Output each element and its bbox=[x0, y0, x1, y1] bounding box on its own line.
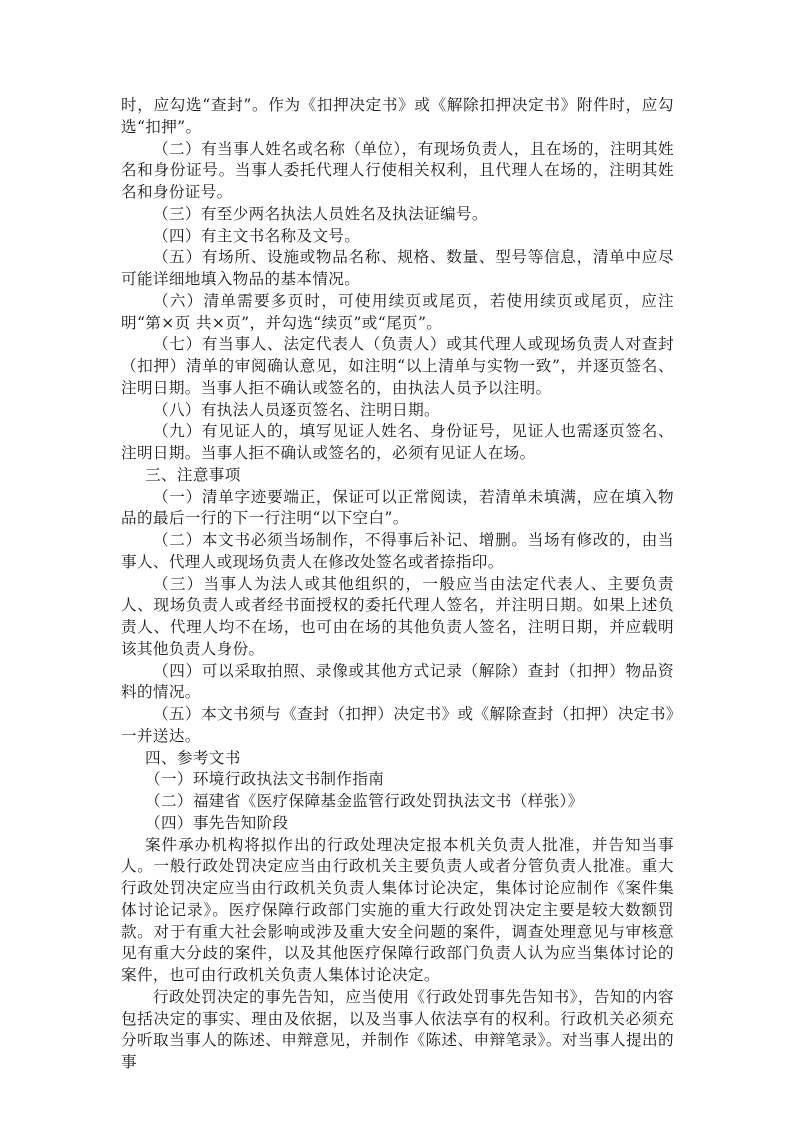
paragraph-item-5: （五）有场所、设施或物品名称、规格、数量、型号等信息，清单中应尽可能详细地填入物… bbox=[121, 247, 674, 291]
paragraph-note-1: （一）清单字迹要端正，保证可以正常阅读，若清单未填满，应在填入物品的最后一行的下… bbox=[121, 487, 674, 531]
paragraph-prior-notice-1: 案件承办机构将拟作出的行政处理决定报本机关负责人批准，并告知当事人。一般行政处罚… bbox=[121, 835, 674, 987]
document-page: 时，应勾选“查封”。作为《扣押决定书》或《解除扣押决定书》附件时，应勾选“扣押”… bbox=[121, 95, 674, 1074]
paragraph-item-8: （八）有执法人员逐页签名、注明日期。 bbox=[121, 400, 674, 422]
paragraph-item-4: （四）有主文书名称及文号。 bbox=[121, 226, 674, 248]
paragraph-prior-notice-2: 行政处罚决定的事先告知，应当使用《行政处罚事先告知书》，告知的内容包括决定的事实… bbox=[121, 987, 674, 1074]
paragraph-item-6: （六）清单需要多页时，可使用续页或尾页，若使用续页或尾页，应注明“第×页 共×页… bbox=[121, 291, 674, 335]
paragraph-item-9: （九）有见证人的，填写见证人姓名、身份证号，见证人也需逐页签名、注明日期。当事人… bbox=[121, 421, 674, 465]
paragraph-item-3: （三）有至少两名执法人员姓名及执法证编号。 bbox=[121, 204, 674, 226]
paragraph-note-3: （三）当事人为法人或其他组织的，一般应当由法定代表人、主要负责人、现场负责人或者… bbox=[121, 574, 674, 661]
paragraph-note-4: （四）可以采取拍照、录像或其他方式记录（解除）查封（扣押）物品资料的情况。 bbox=[121, 661, 674, 705]
paragraph-continuation: 时，应勾选“查封”。作为《扣押决定书》或《解除扣押决定书》附件时，应勾选“扣押”… bbox=[121, 95, 674, 139]
paragraph-note-5: （五）本文书须与《查封（扣押）决定书》或《解除查封（扣押）决定书》一并送达。 bbox=[121, 704, 674, 748]
paragraph-note-2: （二）本文书必须当场制作，不得事后补记、增删。当场有修改的，由当事人、代理人或现… bbox=[121, 530, 674, 574]
section-heading-references: 四、参考文书 bbox=[121, 748, 674, 770]
reference-item-2: （二）福建省《医疗保障基金监管行政处罚执法文书（样张）》 bbox=[121, 791, 674, 813]
subsection-heading-prior-notice: （四）事先告知阶段 bbox=[121, 813, 674, 835]
reference-item-1: （一）环境行政执法文书制作指南 bbox=[121, 769, 674, 791]
paragraph-item-7: （七）有当事人、法定代表人（负责人）或其代理人或现场负责人对查封（扣押）清单的审… bbox=[121, 334, 674, 399]
paragraph-item-2: （二）有当事人姓名或名称（单位），有现场负责人，且在场的，注明其姓名和身份证号。… bbox=[121, 139, 674, 204]
section-heading-notes: 三、注意事项 bbox=[121, 465, 674, 487]
